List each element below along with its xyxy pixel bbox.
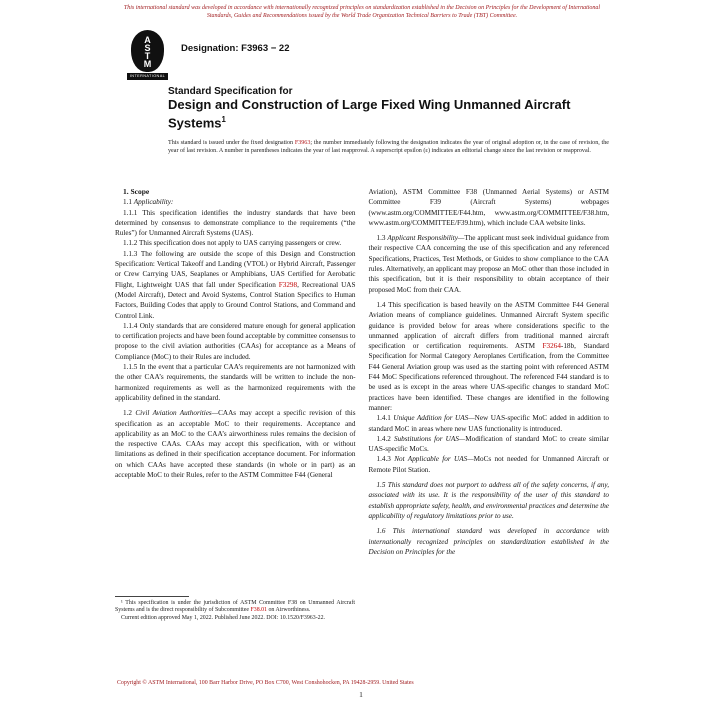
title-text: Design and Construction of Large Fixed W… xyxy=(168,97,570,130)
spec-link-f3298[interactable]: F3298 xyxy=(279,281,297,289)
para-1-6: 1.6 This international standard was deve… xyxy=(369,526,610,557)
para-1-3-term: Applicant Responsibility— xyxy=(387,234,464,242)
para-1-4-1: 1.4.1 Unique Addition for UAS—New UAS-sp… xyxy=(369,413,610,434)
body-columns: 1. Scope 1.1 Applicability: 1.1.1 This s… xyxy=(115,187,609,557)
spec-link-f3264[interactable]: F3264 xyxy=(543,342,561,350)
para-1-3: 1.3 Applicant Responsibility—The applica… xyxy=(369,233,610,295)
document-header: ASTM INTERNATIONAL xyxy=(131,30,168,82)
footnote-1: ¹ This specification is under the jurisd… xyxy=(115,600,355,615)
para-1-2-text: CAAs may accept a specific revision of t… xyxy=(115,409,356,479)
para-1-4-post: -18b, Standard Specification for Normal … xyxy=(369,342,610,412)
page-number: 1 xyxy=(0,690,722,699)
para-1-1-term: Applicability: xyxy=(134,198,174,206)
para-1-3-num: 1.3 xyxy=(377,234,388,242)
para-1-3-text: The applicant must seek individual guida… xyxy=(369,234,610,293)
wto-disclaimer: This international standard was develope… xyxy=(114,5,610,20)
astm-international-label: INTERNATIONAL xyxy=(127,73,168,80)
title-footnote-ref: 1 xyxy=(221,115,225,124)
issued-note-pre: This standard is issued under the fixed … xyxy=(168,140,295,146)
para-1-4-1-num: 1.4.1 xyxy=(377,414,394,422)
para-1-4-3-term: Not Applicable for UAS— xyxy=(394,455,473,463)
footnote-1-pre: ¹ This specification is under the jurisd… xyxy=(115,600,355,613)
para-1-4-3: 1.4.3 Not Applicable for UAS—MoCs not ne… xyxy=(369,454,610,475)
footnotes-block: ¹ This specification is under the jurisd… xyxy=(115,596,355,622)
subcommittee-link-f3801[interactable]: F38.01 xyxy=(250,607,267,613)
right-column: Aviation), ASTM Committee F38 (Unmanned … xyxy=(369,187,610,557)
scope-heading: 1. Scope xyxy=(115,187,356,197)
para-1-4-2-num: 1.4.2 xyxy=(377,435,394,443)
para-1-2-num: 1.2 xyxy=(123,409,135,417)
para-1-4-3-num: 1.4.3 xyxy=(377,455,395,463)
para-1-4: 1.4 This specification is based heavily … xyxy=(369,300,610,413)
title-block: Standard Specification for Design and Co… xyxy=(168,86,598,130)
copyright-line: Copyright © ASTM International, 100 Barr… xyxy=(117,680,611,686)
para-1-1-2: 1.1.2 This specification does not apply … xyxy=(115,238,356,248)
footnote-1-post: on Airworthiness. xyxy=(267,607,310,613)
para-1-1-3: 1.1.3 The following are outside the scop… xyxy=(115,249,356,321)
para-1-1-num: 1.1 xyxy=(123,198,134,206)
para-1-1-1: 1.1.1 This specification identifies the … xyxy=(115,208,356,239)
para-1-2-term: Civil Aviation Authorities— xyxy=(135,409,218,417)
para-1-1-5: 1.1.5 In the event that a particular CAA… xyxy=(115,362,356,403)
footnote-separator xyxy=(115,596,189,597)
issued-designation-link[interactable]: F3963 xyxy=(295,140,311,146)
para-1-4-1-term: Unique Addition for UAS— xyxy=(393,414,474,422)
astm-logo-icon: ASTM xyxy=(131,30,164,72)
para-1-5: 1.5 This standard does not purport to ad… xyxy=(369,480,610,521)
para-1-2: 1.2 Civil Aviation Authorities—CAAs may … xyxy=(115,408,356,480)
astm-document-page: { "header": { "disclaimer": "This intern… xyxy=(0,0,722,722)
left-column: 1. Scope 1.1 Applicability: 1.1.1 This s… xyxy=(115,187,356,557)
designation-label: Designation: F3963 − 22 xyxy=(181,43,290,54)
footnote-2: Current edition approved May 1, 2022. Pu… xyxy=(115,615,355,622)
page-title: Design and Construction of Large Fixed W… xyxy=(168,98,598,130)
para-1-2-continuation: Aviation), ASTM Committee F38 (Unmanned … xyxy=(369,187,610,228)
para-1-4-2: 1.4.2 Substitutions for UAS—Modification… xyxy=(369,434,610,455)
para-1-1-4: 1.1.4 Only standards that are considered… xyxy=(115,321,356,362)
issued-note: This standard is issued under the fixed … xyxy=(168,139,609,155)
para-1-4-2-term: Substitutions for UAS— xyxy=(394,435,465,443)
para-1-1: 1.1 Applicability: xyxy=(115,197,356,207)
